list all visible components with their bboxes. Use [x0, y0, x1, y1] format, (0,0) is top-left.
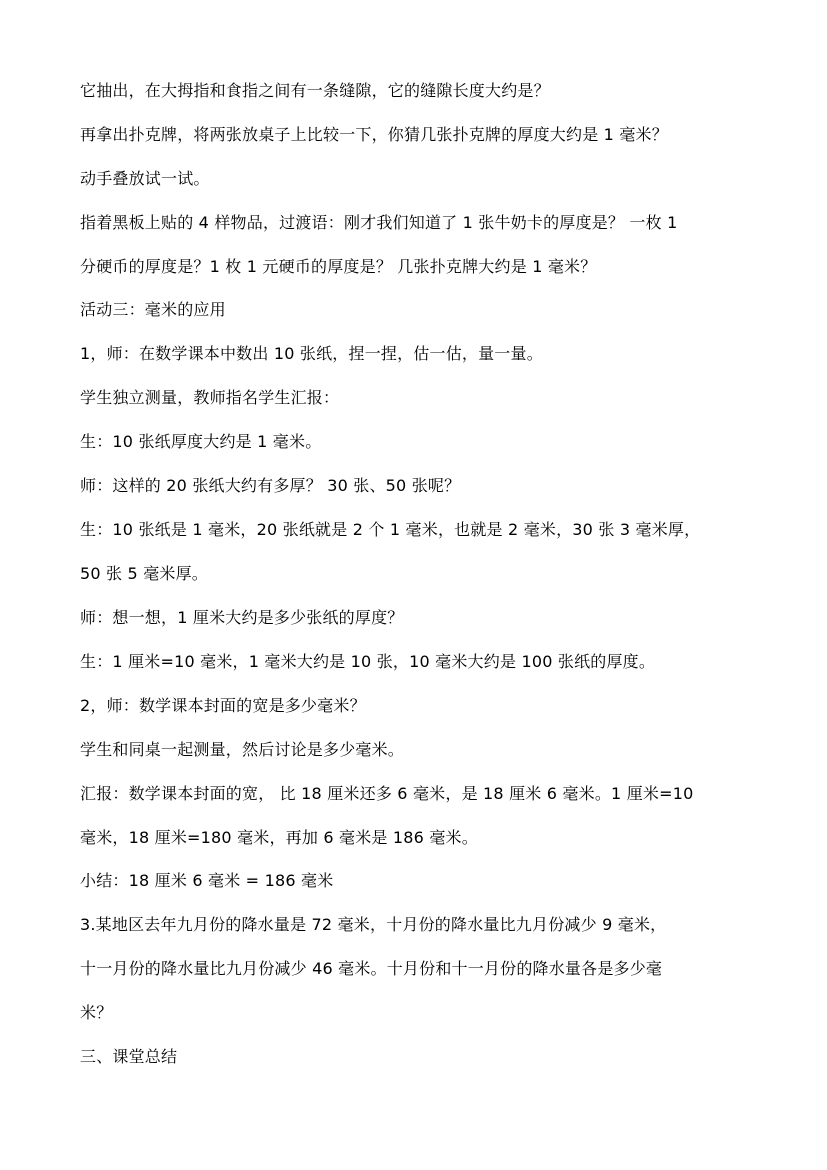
text-line: 汇报：数学课本封面的宽， 比 18 厘米还多 6 毫米，是 18 厘米 6 毫米…	[80, 784, 693, 804]
text-line: 学生独立测量，教师指名学生汇报：	[80, 388, 339, 408]
text-line: 生：10 张纸厚度大约是 1 毫米。	[80, 432, 321, 452]
text-line: 师：这样的 20 张纸大约有多厚？ 30 张、50 张呢？	[80, 476, 460, 496]
text-line: 2，师：数学课本封面的宽是多少毫米？	[80, 696, 366, 716]
text-line: 指着黑板上贴的 4 样物品，过渡语：刚才我们知道了 1 张牛奶卡的厚度是？ 一枚…	[80, 213, 677, 233]
text-line: 学生和同桌一起测量，然后讨论是多少毫米。	[80, 740, 404, 760]
text-line: 50 张 5 毫米厚。	[80, 564, 208, 584]
text-line: 米？	[80, 1003, 112, 1023]
section-heading: 活动三：毫米的应用	[80, 300, 226, 320]
text-line: 动手叠放试一试。	[80, 169, 210, 189]
document-page: 它抽出，在大拇指和食指之间有一条缝隙，它的缝隙长度大约是？ 再拿出扑克牌，将两张…	[0, 0, 827, 1170]
text-line: 再拿出扑克牌，将两张放桌子上比较一下，你猜几张扑克牌的厚度大约是 1 毫米？	[80, 125, 668, 145]
text-line: 它抽出，在大拇指和食指之间有一条缝隙，它的缝隙长度大约是？	[80, 81, 550, 101]
text-line: 师：想一想，1 厘米大约是多少张纸的厚度？	[80, 608, 403, 628]
text-line: 1，师：在数学课本中数出 10 张纸，捏一捏，估一估，量一量。	[80, 344, 543, 364]
text-line: 十一月份的降水量比九月份减少 46 毫米。十月份和十一月份的降水量各是多少毫	[80, 959, 662, 979]
text-line: 3.某地区去年九月份的降水量是 72 毫米，十月份的降水量比九月份减少 9 毫米…	[80, 915, 666, 935]
summary-line: 小结：18 厘米 6 毫米 = 186 毫米	[80, 871, 333, 891]
section-heading: 三、课堂总结	[80, 1047, 177, 1067]
text-line: 分硬币的厚度是？1 枚 1 元硬币的厚度是？ 几张扑克牌大约是 1 毫米？	[80, 257, 596, 277]
text-line: 生：10 张纸是 1 毫米，20 张纸就是 2 个 1 毫米，也就是 2 毫米，…	[80, 520, 700, 540]
text-line: 生：1 厘米=10 毫米，1 毫米大约是 10 张，10 毫米大约是 100 张…	[80, 652, 655, 672]
text-line: 毫米，18 厘米=180 毫米，再加 6 毫米是 186 毫米。	[80, 828, 478, 848]
